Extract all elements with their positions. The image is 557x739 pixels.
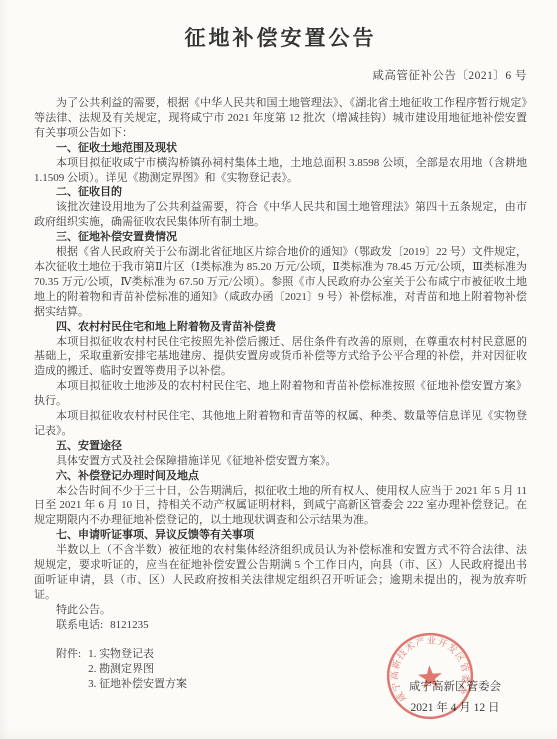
section-heading: 四、农村村民住宅和地上附着物及青苗补偿费 (34, 320, 527, 335)
section-heading: 二、征收目的 (34, 185, 527, 200)
section-heading: 三、征地补偿安置费情况 (34, 230, 527, 245)
page-title: 征地补偿安置公告 (34, 22, 527, 52)
attachment-item: 1. 实物登记表 (88, 647, 187, 662)
section-hearing: 七、申请听证事项、异议反馈等有关事项 半数以上（不含半数）被征地的农村集体经济组… (34, 528, 527, 603)
body-paragraph: 本项目拟征收农村村民住宅、其他地上附着物和青苗等的权属、种类、数量等信息详见《实… (34, 409, 527, 439)
announcement-body: 为了公共利益的需要，根据《中华人民共和国土地管理法》、《湖北省土地征收工作程序暂… (34, 96, 527, 692)
body-paragraph: 本公告时间不少于三十日，公告期满后，拟征收土地的所有权人、使用权人应当于 202… (34, 484, 527, 529)
intro-paragraph: 为了公共利益的需要，根据《中华人民共和国土地管理法》、《湖北省土地征收工作程序暂… (34, 96, 527, 141)
section-purpose: 二、征收目的 该批次建设用地为了公共利益需要，符合《中华人民共和国土地管理法》第… (34, 185, 527, 230)
section-registration: 六、补偿登记办理时间及地点 本公告时间不少于三十日，公告期满后，拟征收土地的所有… (34, 469, 527, 529)
body-paragraph: 具体安置方式及社会保障措施详见《征地补偿安置方案》。 (34, 454, 527, 469)
official-seal: 咸宁高新技术产业开发区管委会 (382, 628, 478, 724)
section-heading: 一、征收土地范围及现状 (34, 141, 527, 156)
body-paragraph: 该批次建设用地为了公共利益需要，符合《中华人民共和国土地管理法》第四十五条规定，… (34, 200, 527, 230)
body-paragraph: 半数以上（不含半数）被征地的农村集体经济组织成员认为补偿标准和安置方式不符合法律… (34, 543, 527, 603)
contact-phone: 8121235 (110, 619, 149, 631)
announcement-page: 征地补偿安置公告 咸高管征补公告〔2021〕6 号 为了公共利益的需要，根据《中… (0, 0, 557, 692)
closing-line: 特此公告。 (34, 603, 527, 618)
section-housing-attachments: 四、农村村民住宅和地上附着物及青苗补偿费 本项目拟征收农村村民住宅按照先补偿后搬… (34, 320, 527, 439)
body-paragraph: 根据《省人民政府关于公布湖北省征地区片综合地价的通知》（鄂政发〔2019〕22 … (34, 245, 527, 320)
attachments-list: 1. 实物登记表 2. 勘测定界图 3. 征地补偿安置方案 (88, 647, 187, 692)
section-heading: 五、安置途径 (34, 439, 527, 454)
section-compensation-fees: 三、征地补偿安置费情况 根据《省人民政府关于公布湖北省征地区片综合地价的通知》（… (34, 230, 527, 319)
section-heading: 七、申请听证事项、异议反馈等有关事项 (34, 528, 527, 543)
seal-star-icon (417, 664, 442, 688)
section-land-scope: 一、征收土地范围及现状 本项目拟征收咸宁市横沟桥镇孙祠村集体土地，土地总面积 3… (34, 141, 527, 186)
body-paragraph: 本项目拟征收农村村民住宅按照先补偿后搬迁、居住条件有改善的原则，在尊重农村村民意… (34, 335, 527, 380)
section-resettlement: 五、安置途径 具体安置方式及社会保障措施详见《征地补偿安置方案》。 (34, 439, 527, 469)
doc-number: 咸高管征补公告〔2021〕6 号 (34, 67, 527, 83)
attachments-label: 附件: (56, 647, 81, 692)
section-heading: 六、补偿登记办理时间及地点 (34, 469, 527, 484)
contact-label: 联系电话: (56, 619, 103, 631)
attachment-item: 2. 勘测定界图 (88, 662, 187, 677)
body-paragraph: 本项目拟征收土地涉及的农村村民住宅、地上附着物和青苗补偿标准按照《征地补偿安置方… (34, 379, 527, 409)
body-paragraph: 本项目拟征收咸宁市横沟桥镇孙祠村集体土地，土地总面积 3.8598 公顷，全部是… (34, 156, 527, 186)
attachment-item: 3. 征地补偿安置方案 (88, 677, 187, 692)
